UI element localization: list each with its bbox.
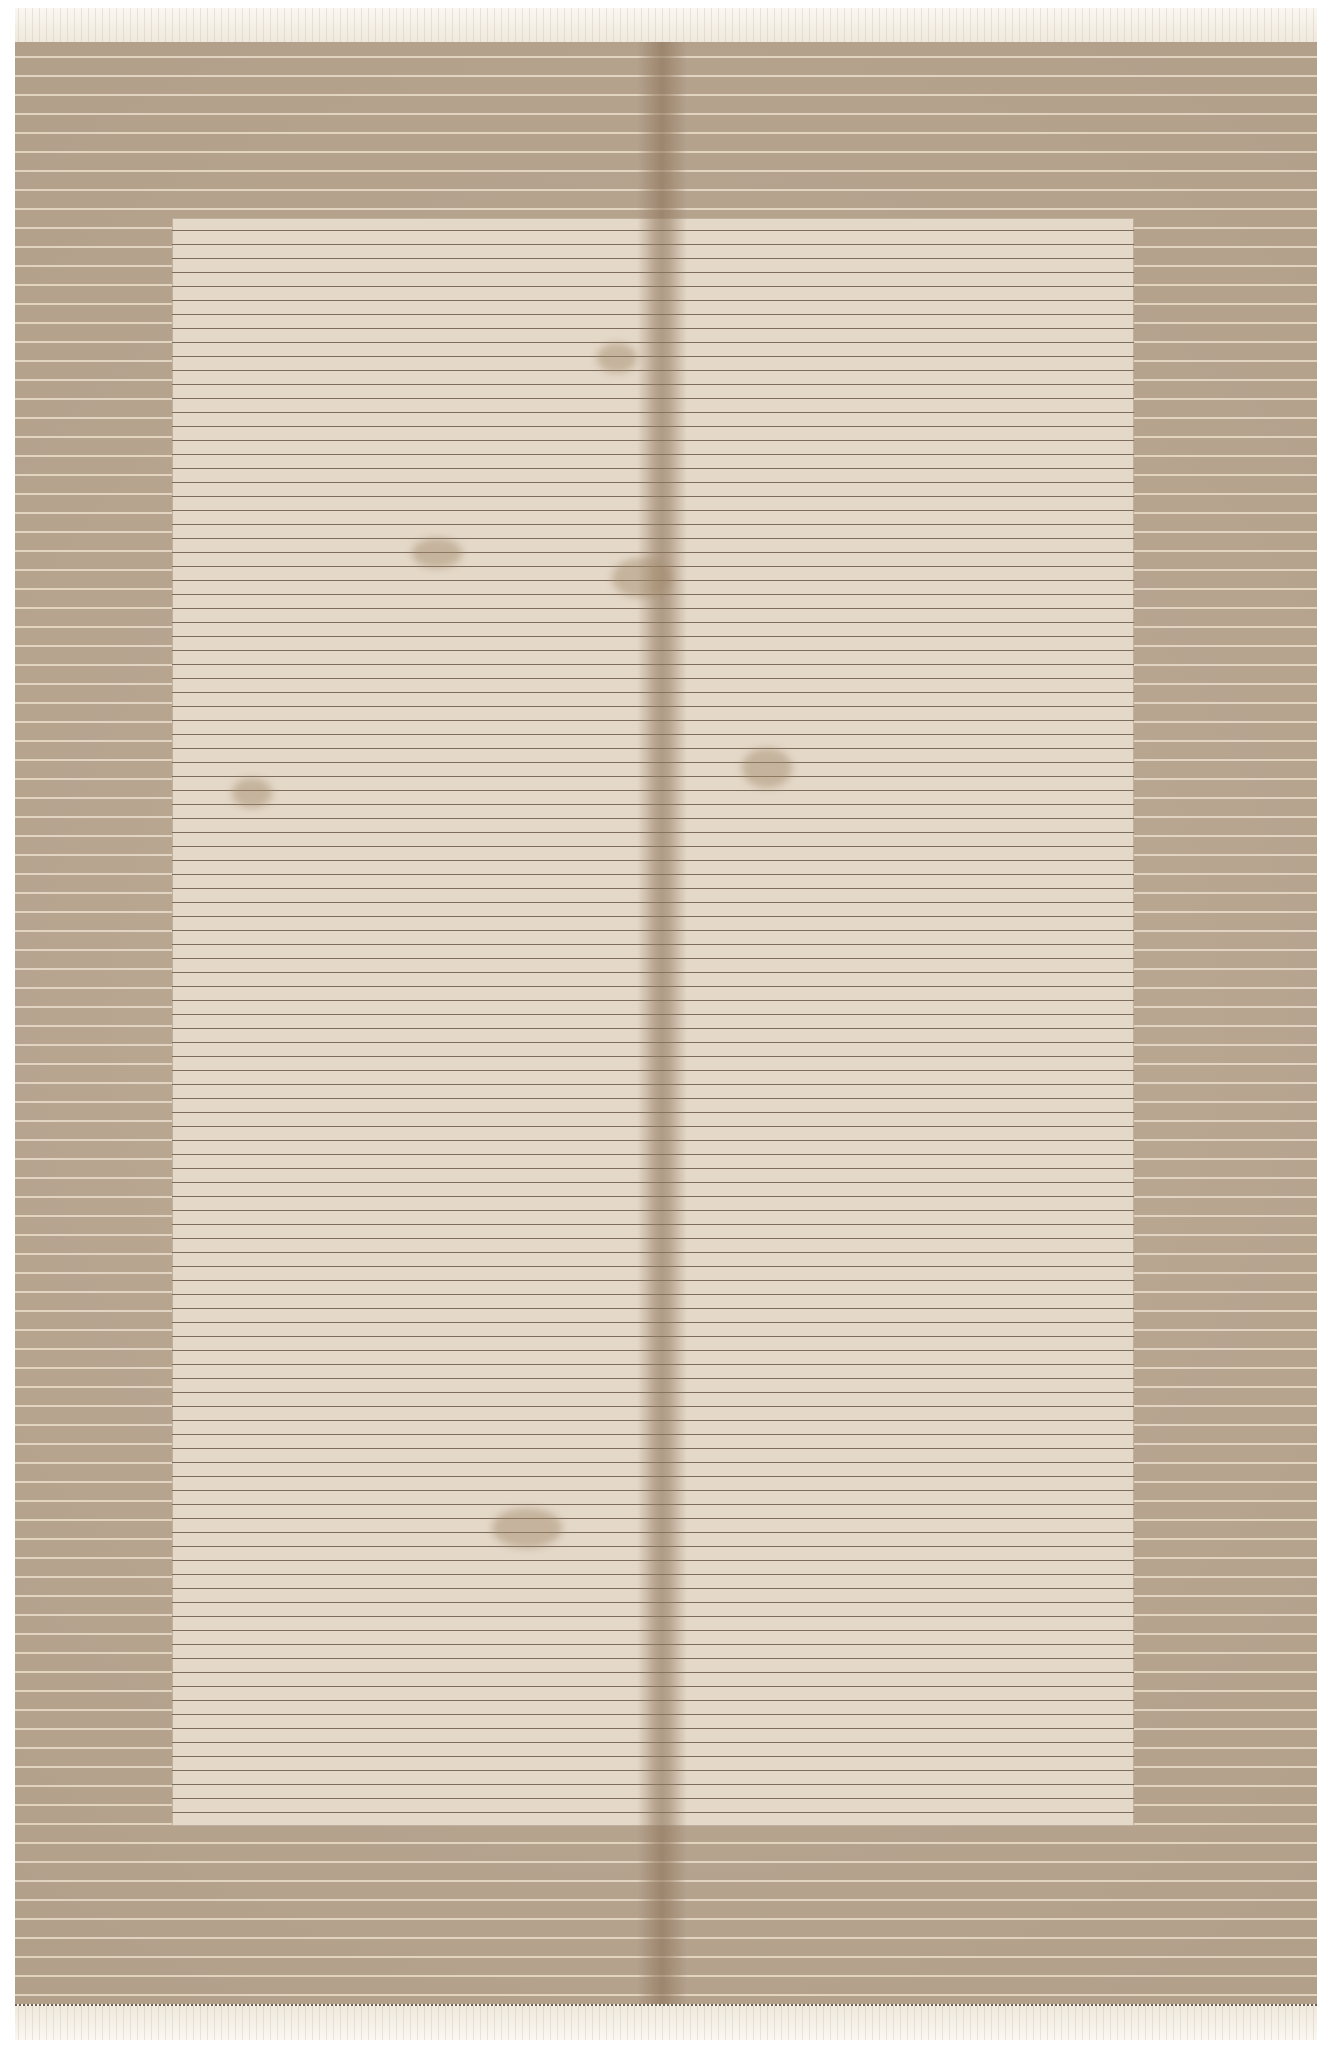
- bottom-fringe: [15, 2004, 1317, 2040]
- wear-spot: [492, 1508, 562, 1548]
- wear-spot: [597, 343, 637, 373]
- wear-spot: [742, 748, 792, 788]
- rug-inner-field: [172, 218, 1134, 1826]
- wear-spot: [232, 778, 272, 808]
- rug: [15, 42, 1317, 2004]
- wear-spot: [412, 538, 462, 568]
- top-fringe: [15, 8, 1317, 44]
- center-shading-band: [637, 42, 687, 2004]
- wear-spot: [612, 558, 672, 598]
